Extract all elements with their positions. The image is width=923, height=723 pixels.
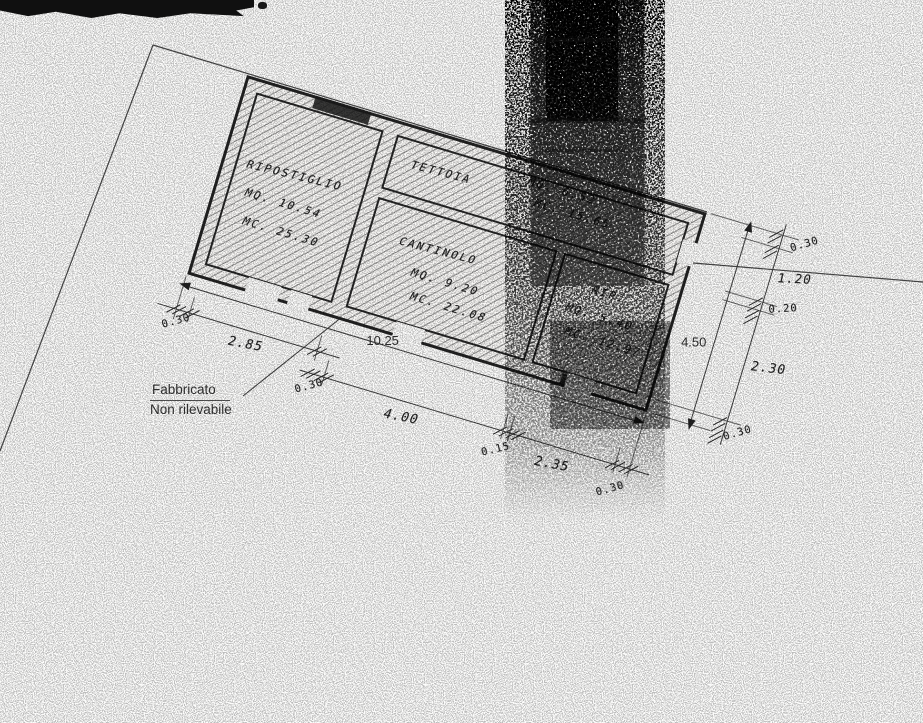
dimension-label-total-right: 4.50: [681, 335, 706, 350]
dimension-label: 2.35: [532, 454, 572, 475]
scan-smudge-dot: [258, 2, 267, 9]
extension-line: [722, 299, 774, 315]
dimension-label: 0.30: [594, 479, 625, 498]
boundary-lines: [0, 0, 923, 723]
dimension-label: 4.00: [381, 407, 422, 428]
lot-boundary-left: [0, 45, 153, 451]
dimension-label: 0.20: [768, 302, 798, 316]
building-annotation: Fabbricato Non rilevabile: [150, 381, 232, 418]
annotation-line1: Fabbricato: [150, 381, 230, 401]
scan-smudge: [0, 0, 254, 19]
annotation-line2: Non rilevabile: [150, 402, 232, 417]
dimension-label: 0.30: [160, 311, 191, 330]
noise-blob-top: [552, 0, 612, 110]
scan-noise: [0, 0, 923, 723]
dimension-label: 0.15: [480, 440, 511, 458]
building-group: RIPOSTIGLIO MQ. 10.54 MC. 25.30 TETTOIA …: [187, 75, 707, 412]
extension-line: [651, 412, 711, 431]
noise-streak: [545, 149, 625, 152]
page-speckle: [0, 0, 923, 723]
noise-streak: [535, 38, 635, 42]
dimension-chain-line: [720, 224, 787, 445]
arrowhead: [178, 279, 191, 290]
arrowhead: [633, 416, 646, 427]
dimension-line-total-right: [690, 229, 749, 421]
dimension-label: 0.30: [293, 376, 324, 395]
noise-streak: [528, 118, 646, 123]
dimension-label: 1.20: [776, 270, 813, 286]
arrowhead: [744, 220, 755, 233]
dimension-label-total-bottom: 10.25: [366, 333, 399, 348]
dimension-label: 2.85: [225, 334, 265, 355]
dimension-label: 2.30: [749, 359, 788, 378]
arrowhead: [685, 418, 696, 431]
scanned-floor-plan: RIPOSTIGLIO MQ. 10.54 MC. 25.30 TETTOIA …: [0, 0, 923, 723]
